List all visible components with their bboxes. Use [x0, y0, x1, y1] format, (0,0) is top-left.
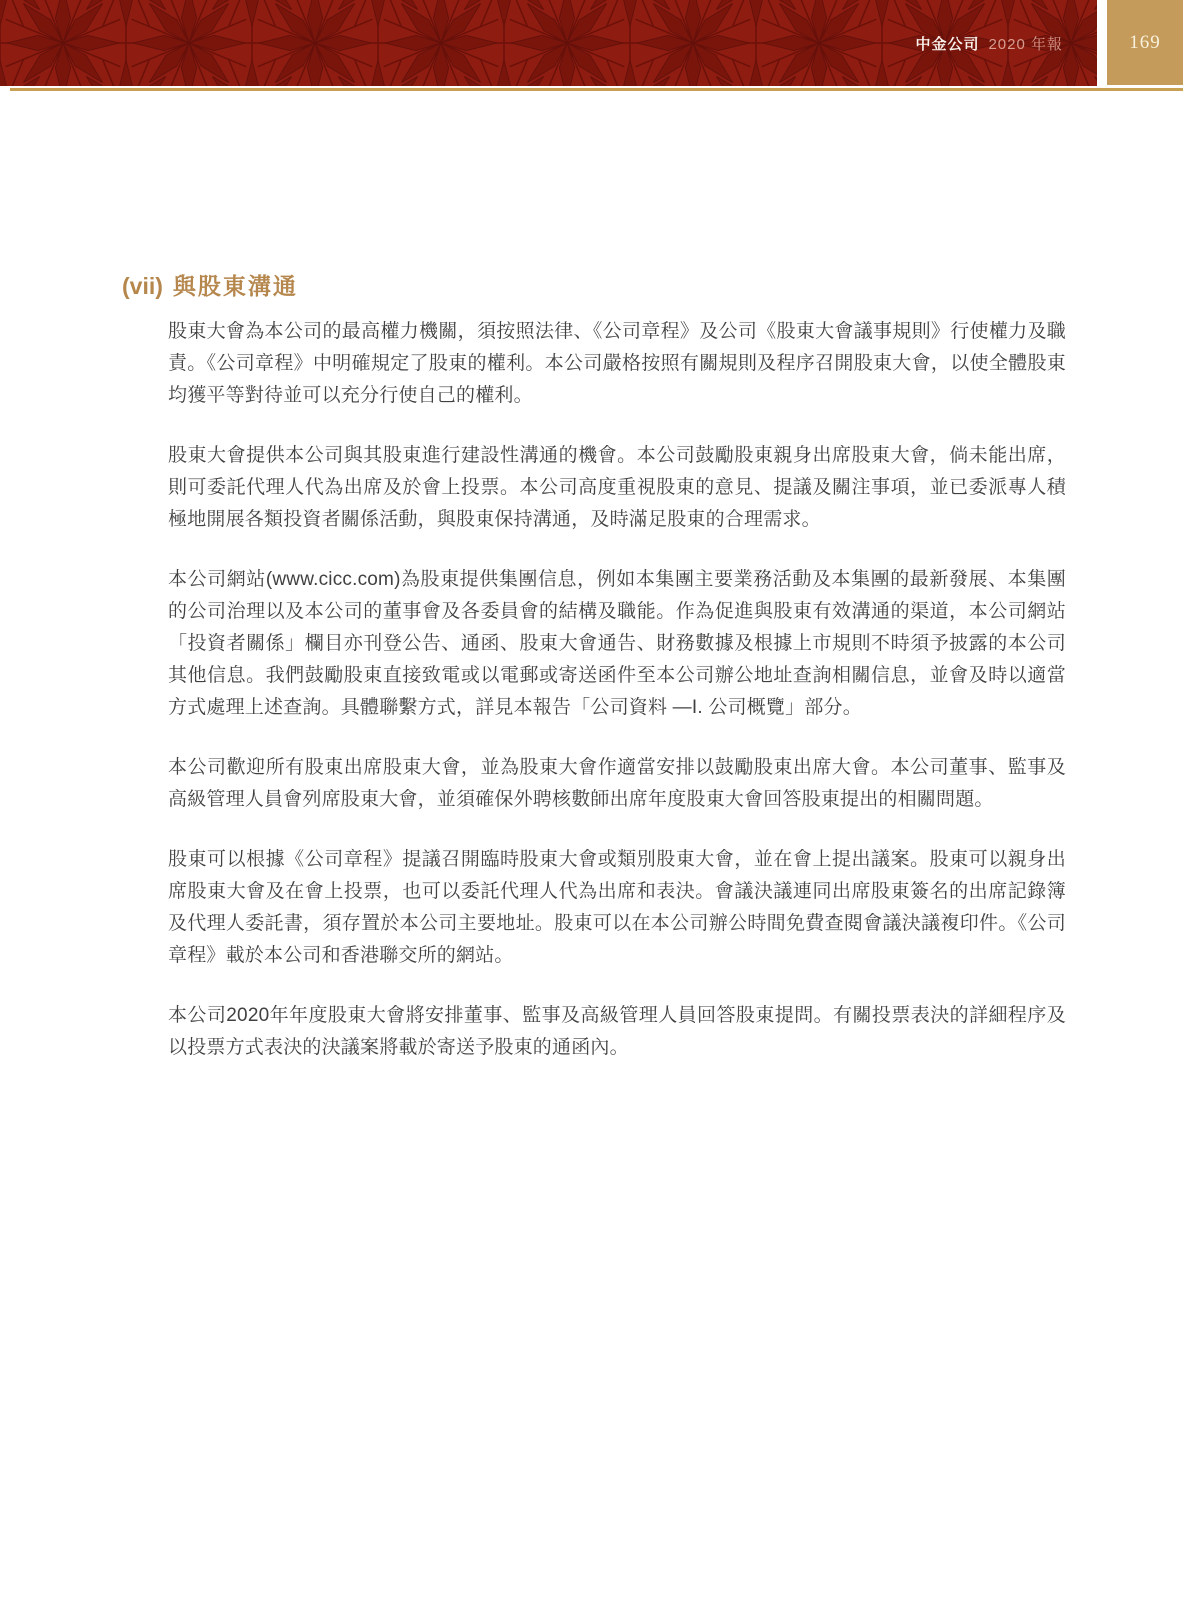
paragraph-3: 本公司網站(www.cicc.com)為股東提供集團信息，例如本集團主要業務活動…: [168, 564, 1066, 724]
section-title-text: 與股東溝通: [173, 273, 298, 299]
paragraph-6: 本公司2020年年度股東大會將安排董事、監事及高級管理人員回答股東提問。有關投票…: [168, 1000, 1066, 1064]
paragraph-5: 股東可以根據《公司章程》提議召開臨時股東大會或類別股東大會，並在會上提出議案。股…: [168, 844, 1066, 972]
header-title: 中金公司 2020 年報: [915, 0, 1063, 86]
paragraph-2: 股東大會提供本公司與其股東進行建設性溝通的機會。本公司鼓勵股東親身出席股東大會，…: [168, 440, 1066, 536]
paragraph-4: 本公司歡迎所有股東出席股東大會，並為股東大會作適當安排以鼓勵股東出席大會。本公司…: [168, 752, 1066, 816]
page-number-box: 169: [1107, 0, 1183, 85]
paragraph-1: 股東大會為本公司的最高權力機關，須按照法律、《公司章程》及公司《股東大會議事規則…: [168, 316, 1066, 412]
body-text: 股東大會為本公司的最高權力機關，須按照法律、《公司章程》及公司《股東大會議事規則…: [168, 316, 1066, 1092]
header-divider: [10, 88, 1183, 91]
company-name: 中金公司: [915, 33, 979, 54]
header-band: 中金公司 2020 年報: [0, 0, 1097, 86]
report-page: 中金公司 2020 年報 169 (vii)與股東溝通 股東大會為本公司的最高權…: [0, 0, 1190, 1615]
report-year: 2020 年報: [988, 33, 1063, 54]
section-title: (vii)與股東溝通: [122, 268, 298, 301]
page-number: 169: [1129, 32, 1161, 54]
section-number: (vii): [122, 273, 163, 299]
